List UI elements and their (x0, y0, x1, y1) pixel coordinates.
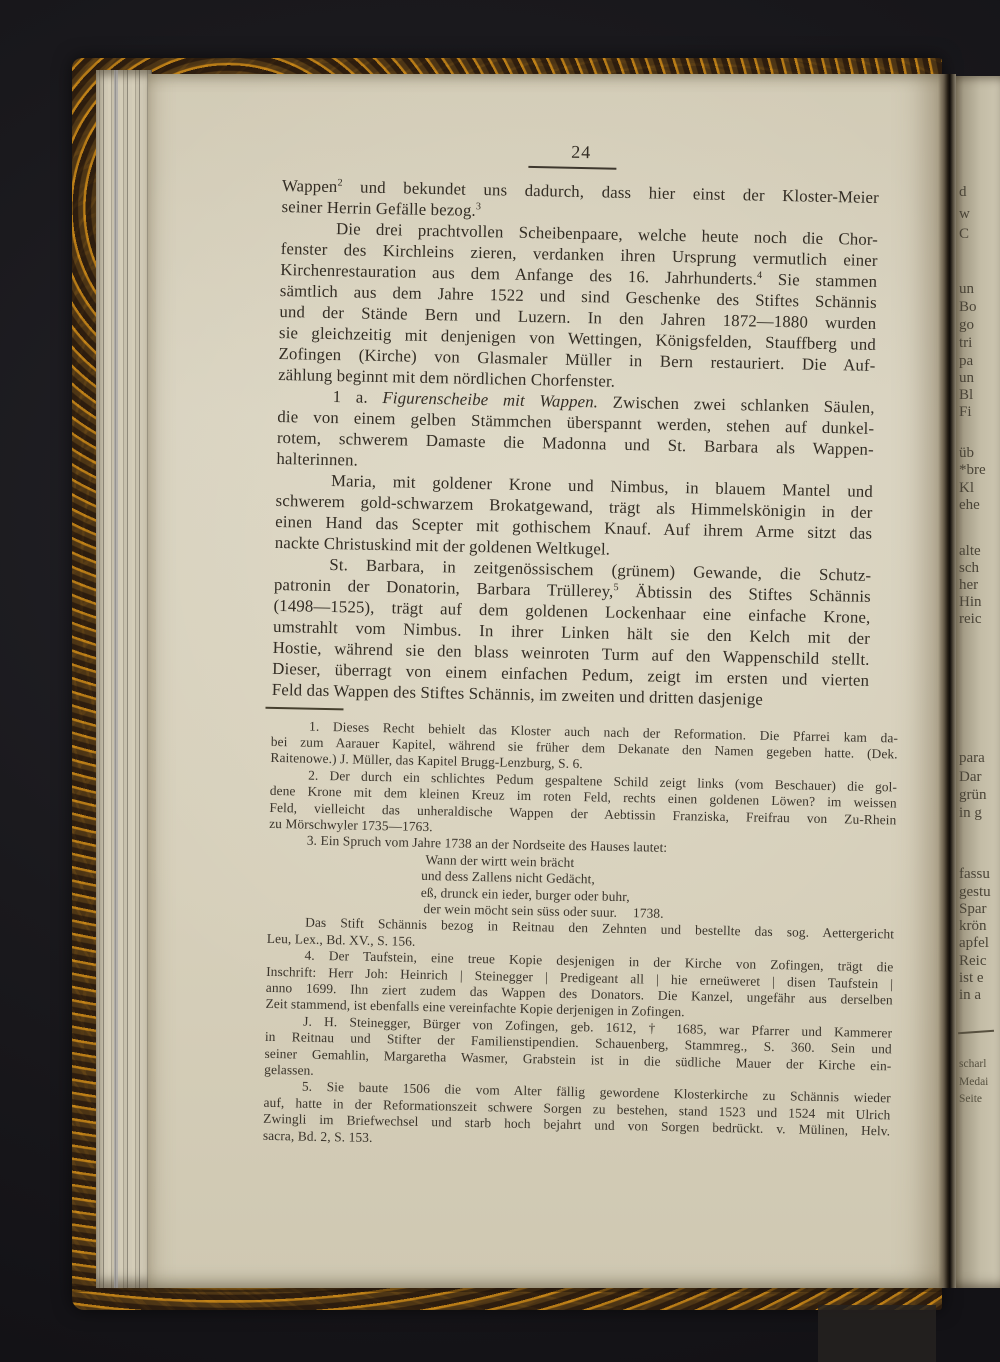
facing-text-fragment: pa (959, 353, 973, 369)
page-number: 24 (283, 135, 880, 169)
facing-text-fragment: C (959, 226, 969, 242)
footnote-reference-superscript: 3 (476, 201, 481, 212)
facing-text-fragment: Kl (959, 480, 974, 496)
text-segment: 1 a. (333, 387, 383, 407)
facing-text-fragment: ist e (959, 970, 984, 986)
text-segment: Sie stammen (762, 270, 877, 291)
facing-text-fragment: un (959, 281, 974, 297)
facing-text-fragment: reic (959, 611, 981, 627)
facing-text-fragment: w (959, 206, 970, 222)
facing-text-fragment: fassu (959, 866, 990, 882)
facing-text-fragment: Fi (959, 404, 972, 420)
text-segment: seiner Herrin Gefälle bezog. (281, 197, 476, 220)
table-surface-highlight (818, 1305, 936, 1362)
page-number-rule (528, 166, 616, 170)
footnote: 2. Der durch ein schlichtes Pedum gespal… (269, 767, 897, 845)
facing-text-fragment: para (959, 750, 985, 766)
facing-text-fragment: Spar (959, 901, 987, 917)
facing-text-fragment: üb (959, 445, 974, 461)
body-paragraphs: Wappen2 und bekundet uns dadurch, dass h… (272, 175, 879, 712)
text-segment: zu Mörschwyler 1735—1763. (269, 816, 433, 834)
page-edge-stack (96, 70, 152, 1288)
text-segment: gelassen. (264, 1062, 314, 1078)
paragraph: Maria, mit goldener Krone und Nimbus, in… (275, 469, 874, 565)
facing-text-fragment: go (959, 317, 974, 333)
facing-text-fragment: Bo (959, 299, 977, 315)
text-segment: Wann der wirtt wein brächt (425, 852, 574, 870)
facing-text-fragment: Hin (959, 594, 982, 610)
paragraph: Die drei prachtvollen Scheibenpaare, wel… (278, 217, 878, 397)
paragraph: St. Barbara, in zeitgenössischem (grünem… (272, 553, 872, 712)
footnote: 5. Sie baute 1506 die vom Alter fällig g… (263, 1078, 891, 1156)
facing-text-fragment: Reic (959, 953, 987, 969)
facing-page-sliver: dwCunBogotripaunBlFiüb*breKlehealteschhe… (956, 76, 1000, 1288)
facing-footnote-rule-fragment (958, 1030, 994, 1034)
page-text-block: 24 Wappen2 und bekundet uns dadurch, das… (263, 135, 913, 1157)
facing-text-fragment: krön (959, 918, 987, 934)
footnote: 3. Ein Spruch vom Jahre 1738 an der Nord… (267, 832, 896, 959)
facing-text-fragment: tri (959, 335, 972, 351)
left-page: 24 Wappen2 und bekundet uns dadurch, das… (148, 74, 943, 1288)
footnotes: 1. Dieses Recht behielt das Kloster auch… (263, 717, 898, 1156)
facing-text-fragment: scharl (959, 1056, 986, 1072)
facing-text-fragment: sch (959, 560, 979, 576)
facing-text-fragment: in g (959, 805, 982, 821)
footnote: 4. Der Taufstein, eine treue Kopie desje… (264, 947, 894, 1091)
footnote-separator-rule (265, 707, 343, 710)
facing-text-fragment: her (959, 577, 978, 593)
text-segment: 1738. (617, 905, 664, 921)
facing-text-fragment: Seite (959, 1091, 982, 1107)
facing-text-fragment: d (959, 184, 967, 200)
text-segment: Leu, Lex., Bd. XV., S. 156. (267, 931, 416, 949)
facing-text-fragment: gestu (959, 884, 991, 900)
facing-text-fragment: Bl (959, 387, 973, 403)
facing-text-fragment: grün (959, 787, 987, 803)
open-book-photo: 24 Wappen2 und bekundet uns dadurch, das… (0, 0, 1000, 1362)
facing-text-fragment: ehe (959, 497, 980, 513)
facing-text-fragment: Medai (959, 1074, 988, 1090)
paragraph: 1 a. Figurenscheibe mit Wappen. Zwischen… (276, 385, 875, 481)
page-edge-highlight (114, 70, 118, 1288)
facing-text-fragment: un (959, 370, 974, 386)
facing-text-fragment: Dar (959, 769, 982, 785)
facing-text-fragment: *bre (959, 462, 986, 478)
text-segment: und dess Zallens nicht Gedächt, (421, 868, 595, 886)
gutter-shadow (938, 74, 956, 1288)
text-segment: halterinnen. (276, 449, 358, 470)
facing-text-fragment: apfel (959, 935, 989, 951)
text-segment: Wappen (282, 176, 338, 196)
text-segment: sacra, Bd. 2, S. 153. (263, 1127, 373, 1144)
facing-text-fragment: alte (959, 543, 981, 559)
facing-text-fragment: in a (959, 987, 981, 1003)
